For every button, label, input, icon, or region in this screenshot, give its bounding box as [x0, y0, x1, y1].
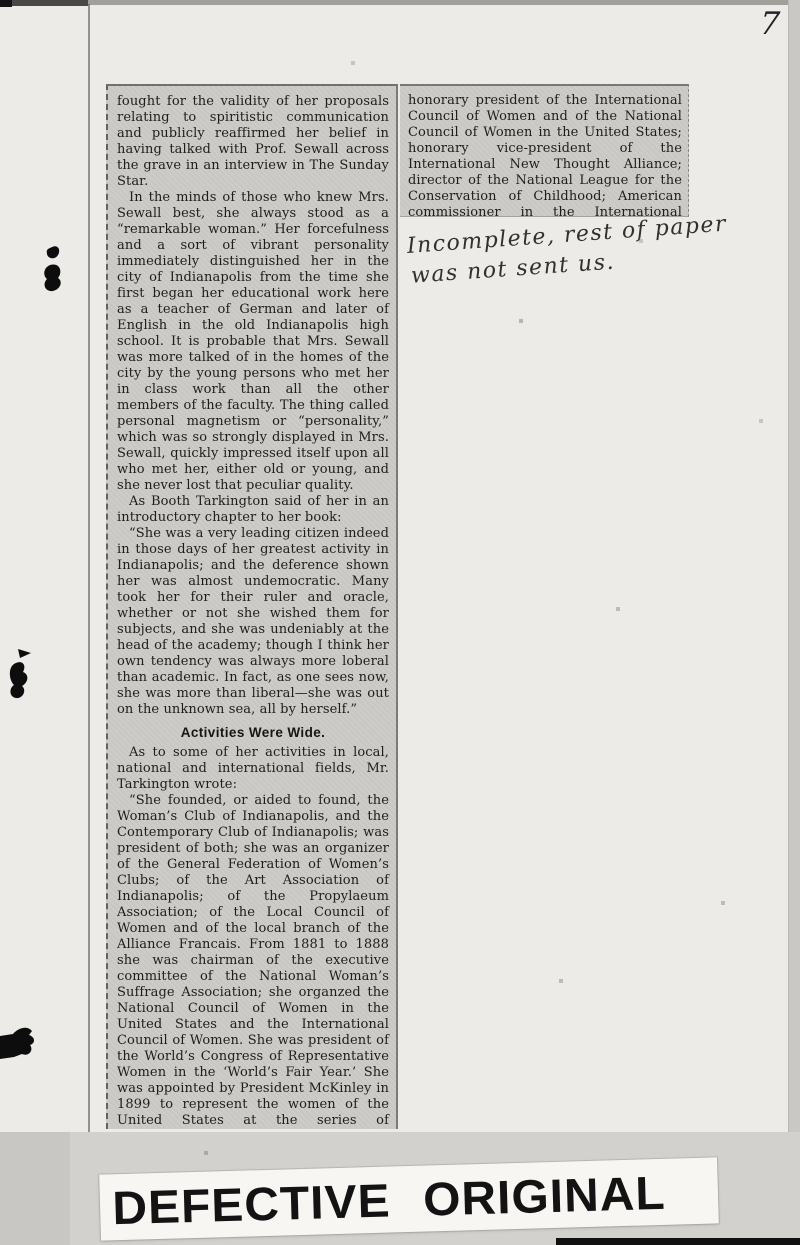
scan-top-edge-dark-segment	[0, 0, 88, 6]
ink-blob-middle	[6, 642, 36, 704]
scan-crease-line	[88, 4, 90, 1134]
scanned-newspaper-page: 7 fought for the validity of her proposa…	[0, 0, 800, 1245]
article-column-right: honorary president of the International …	[400, 84, 689, 217]
scan-right-edge-strip	[788, 0, 800, 1245]
scan-bottom-band-left	[0, 1132, 70, 1245]
handwritten-note: Incomplete, rest of paper was not sent u…	[406, 211, 709, 292]
ink-blob-upper	[40, 243, 66, 295]
ink-blob-lower	[0, 1022, 40, 1072]
article-paragraph: In the minds of those who knew Mrs. Sewa…	[117, 190, 389, 494]
article-paragraph: fought for the validity of her proposals…	[117, 94, 389, 190]
article-paragraph: honorary president of the International …	[408, 93, 682, 217]
page-number: 7	[759, 6, 796, 42]
article-paragraph: As Booth Tarkington said of her in an in…	[117, 494, 389, 526]
scan-bottom-black-bar	[556, 1238, 800, 1245]
article-column-left: fought for the validity of her proposals…	[106, 84, 398, 1129]
article-paragraph: As to some of her activities in local, n…	[117, 745, 389, 793]
scan-dust-specks	[0, 0, 2, 2]
article-section-heading: Activities Were Wide.	[117, 725, 389, 741]
scan-top-edge-bar	[0, 0, 800, 5]
defective-original-stamp-text: DEFECTIVE ORIGINAL	[99, 1164, 666, 1235]
article-paragraph: “She founded, or aided to found, the Wom…	[117, 793, 389, 1129]
article-paragraph: “She was a very leading citizen indeed i…	[117, 526, 389, 718]
